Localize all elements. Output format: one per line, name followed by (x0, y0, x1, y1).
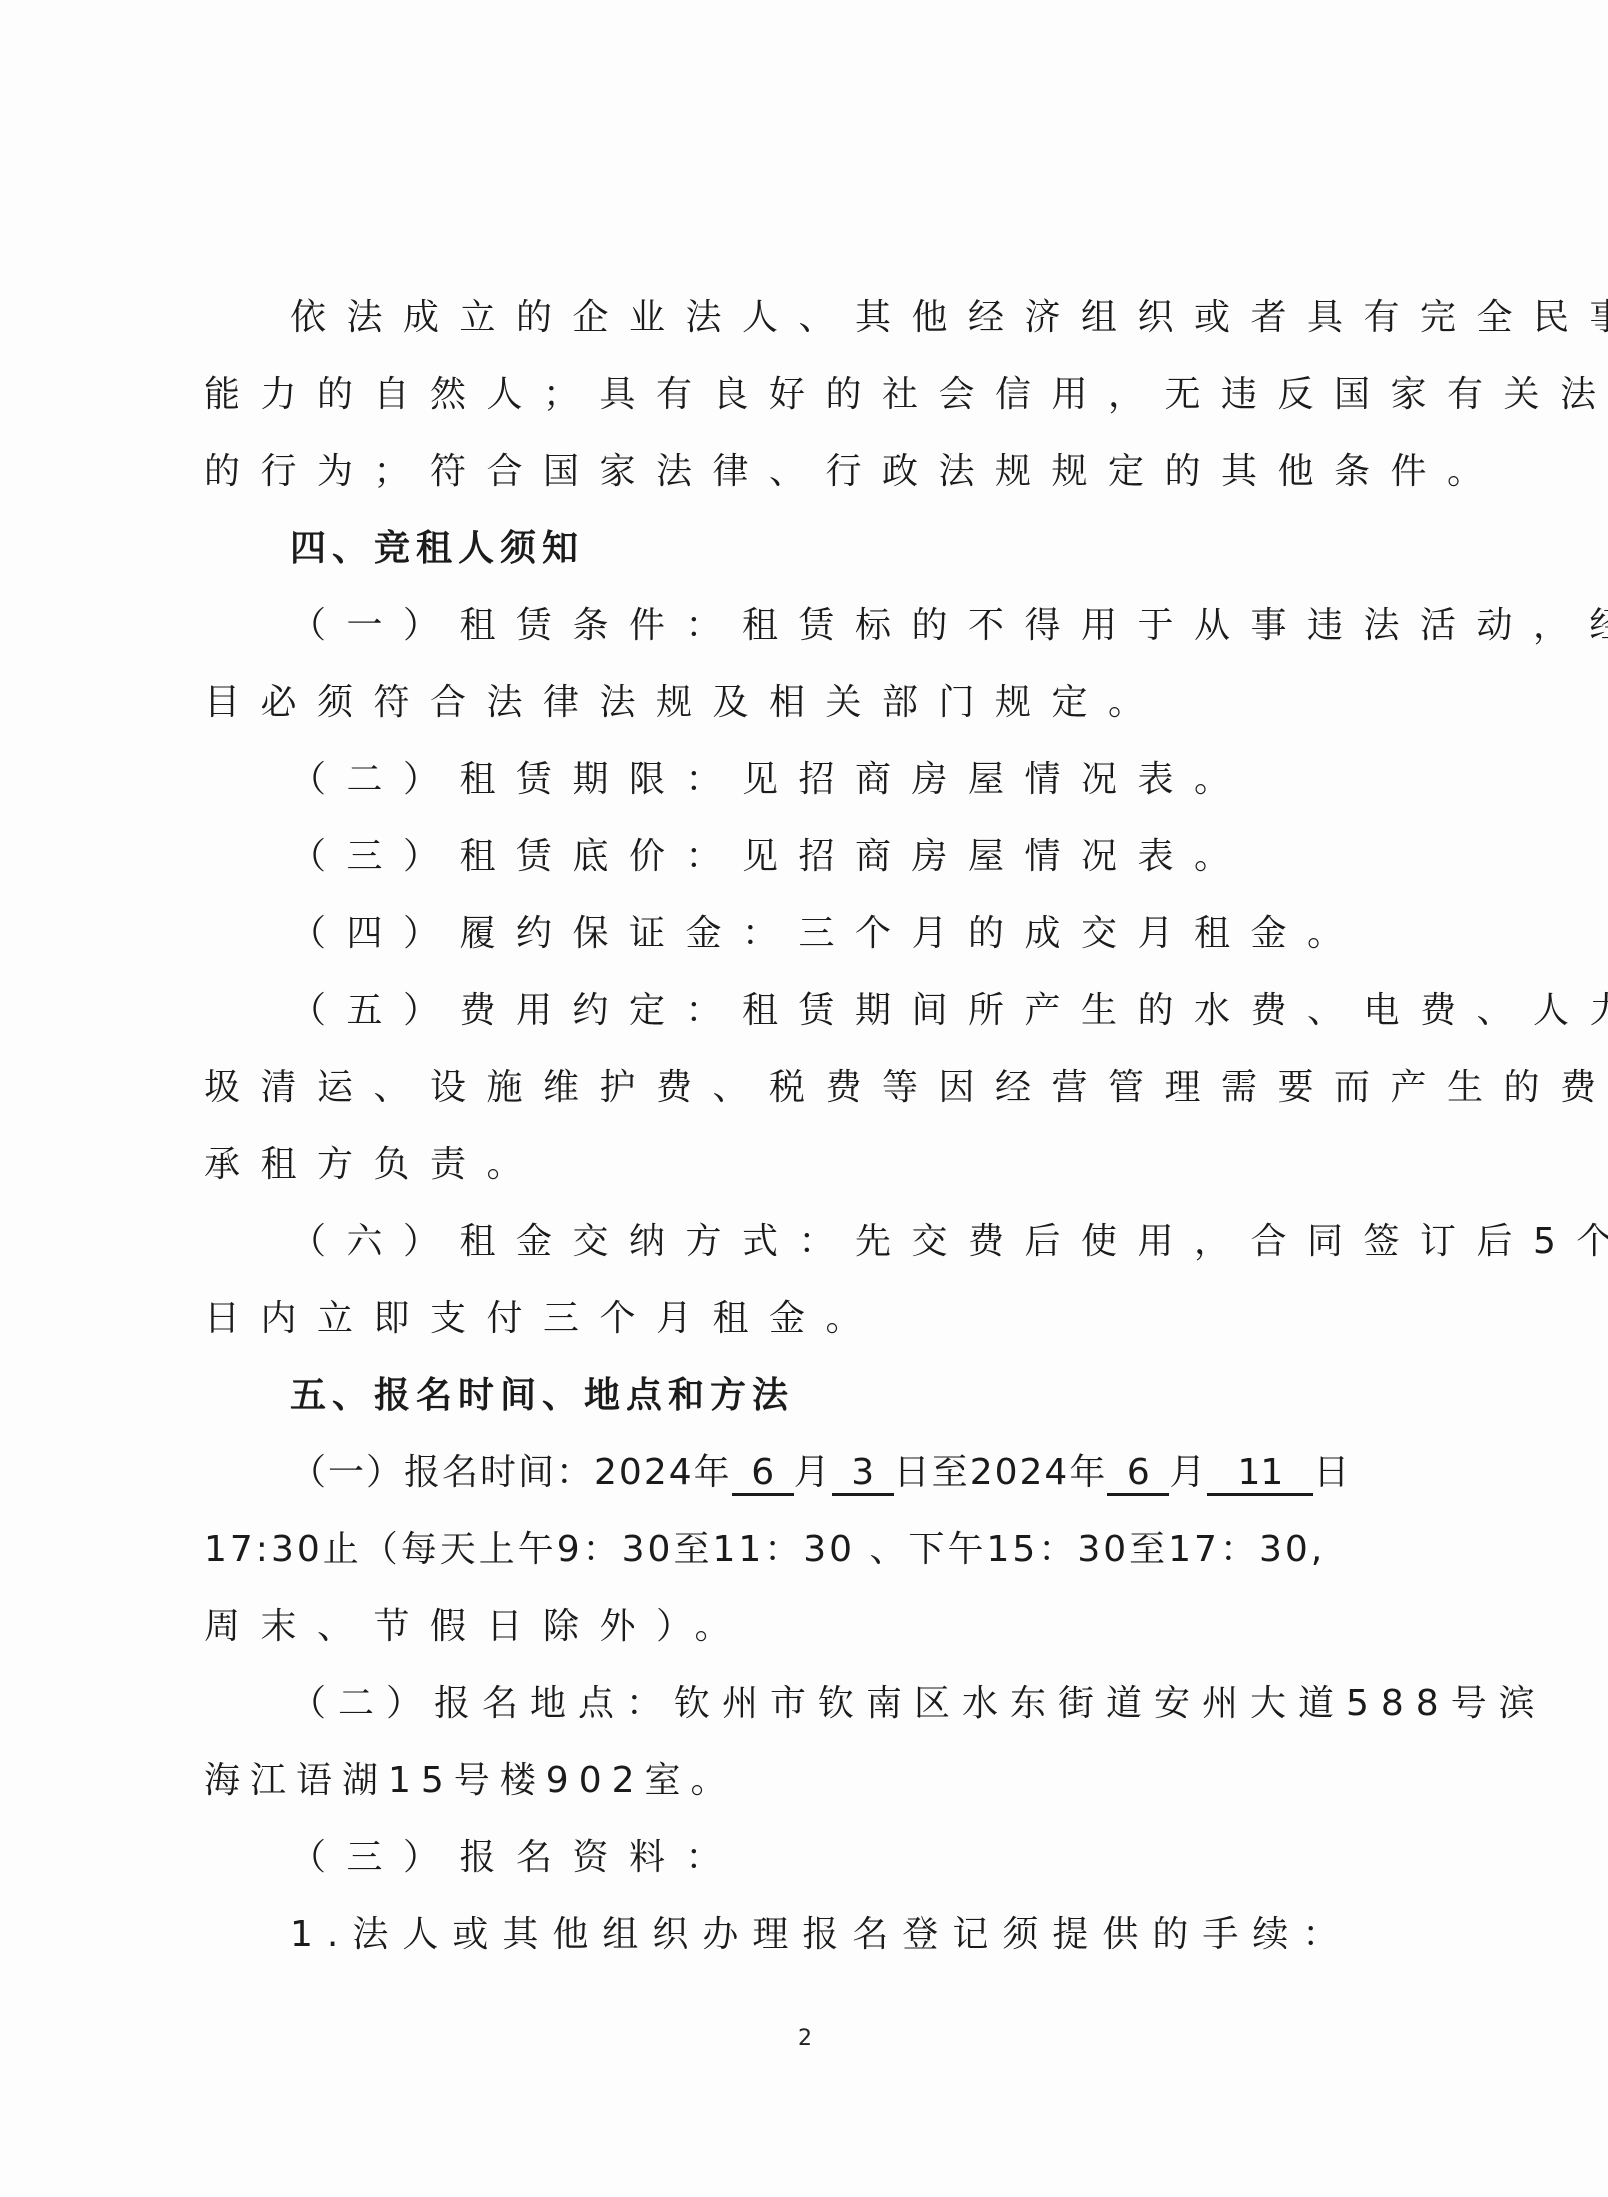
document-page: 依法成立的企业法人、其他经济组织或者具有完全民事行为 能力的自然人；具有良好的社… (0, 0, 1608, 2197)
day-label: 日 (1313, 1452, 1351, 1493)
payment-line-2: 日内立即支付三个月租金。 (204, 1296, 1408, 1342)
lease-term-line: （二）租赁期限：见招商房屋情况表。 (290, 757, 1408, 803)
registration-materials-title: （三）报名资料： (290, 1835, 1408, 1881)
section-heading-4: 四、竞租人须知 (290, 526, 1408, 572)
lease-condition-line-2: 目必须符合法律法规及相关部门规定。 (204, 680, 1408, 726)
start-day: 3 (832, 1453, 894, 1496)
start-year: 2024 (594, 1452, 694, 1493)
start-month: 6 (732, 1453, 794, 1496)
registration-materials-item-1: 1.法人或其他组织办理报名登记须提供的手续： (290, 1912, 1408, 1958)
registration-time-line-1: （一）报名时间：2024年6月3日至2024年6月11日 (290, 1450, 1408, 1496)
registration-time-line-2: 17:30止（每天上午9：30至11：30 、下午15：30至17：30, (204, 1527, 1408, 1573)
registration-place-line-1: （二）报名地点：钦州市钦南区水东街道安州大道588号滨 (290, 1681, 1408, 1727)
day-to-label: 日至 (894, 1452, 970, 1493)
month-label-2: 月 (1169, 1452, 1207, 1493)
page-number: 2 (795, 2026, 815, 2051)
section-heading-5: 五、报名时间、地点和方法 (290, 1373, 1408, 1419)
month-label: 月 (794, 1452, 832, 1493)
eligibility-line-2: 能力的自然人；具有良好的社会信用，无违反国家有关法律法规 (204, 372, 1408, 418)
lease-condition-line-1: （一）租赁条件：租赁标的不得用于从事违法活动，经营项 (290, 603, 1408, 649)
eligibility-line-3: 的行为；符合国家法律、行政法规规定的其他条件。 (204, 449, 1408, 495)
registration-time-line-3: 周末、节假日除外）。 (204, 1604, 1408, 1650)
eligibility-line-1: 依法成立的企业法人、其他经济组织或者具有完全民事行为 (290, 295, 1408, 341)
fees-line-3: 承租方负责。 (204, 1142, 1408, 1188)
fees-line-2: 圾清运、设施维护费、税费等因经营管理需要而产生的费用均由 (204, 1065, 1408, 1111)
fees-line-1: （五）费用约定：租赁期间所产生的水费、电费、人力、垃 (290, 988, 1408, 1034)
end-year: 2024 (970, 1452, 1070, 1493)
registration-place-line-2: 海江语湖15号楼902室。 (204, 1758, 1408, 1804)
reserve-price-line: （三）租赁底价：见招商房屋情况表。 (290, 834, 1408, 880)
registration-time-prefix: （一）报名时间： (290, 1452, 594, 1493)
end-month: 6 (1107, 1453, 1169, 1496)
payment-line-1: （六）租金交纳方式：先交费后使用，合同签订后5个工作 (290, 1219, 1408, 1265)
year-label-2: 年 (1069, 1452, 1107, 1493)
year-label: 年 (694, 1452, 732, 1493)
deposit-line: （四）履约保证金：三个月的成交月租金。 (290, 911, 1408, 957)
end-day: 11 (1207, 1453, 1313, 1496)
